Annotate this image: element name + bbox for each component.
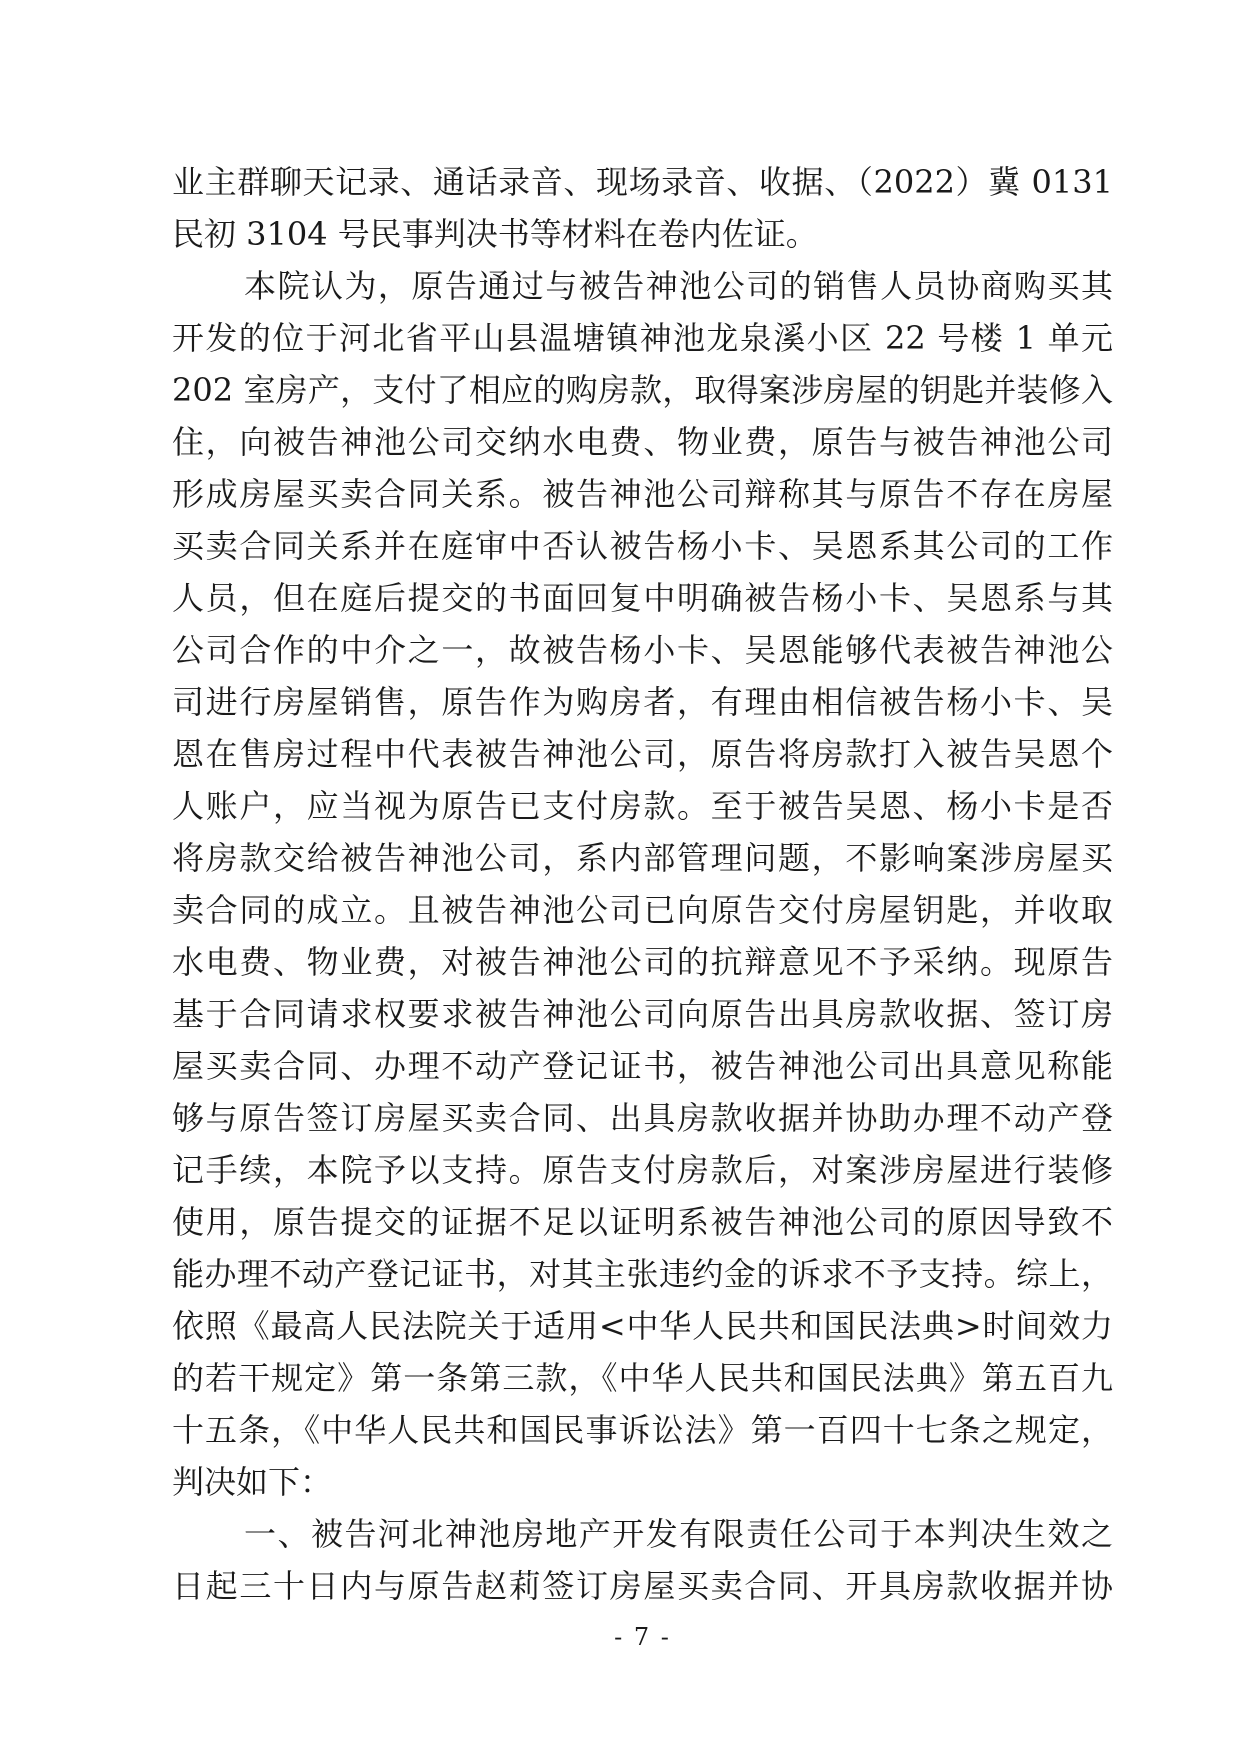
text-line: 十五条，《中华人民共和国民事诉讼法》第一百四十七条之规定，: [172, 1404, 1113, 1456]
text-line: 判决如下：: [172, 1456, 1113, 1508]
text-line: 202 室房产，支付了相应的购房款，取得案涉房屋的钥匙并装修入: [172, 364, 1113, 416]
text-line: 恩在售房过程中代表被告神池公司，原告将房款打入被告吴恩个: [172, 728, 1113, 780]
text-line: 住，向被告神池公司交纳水电费、物业费，原告与被告神池公司: [172, 416, 1113, 468]
text-line: 将房款交给被告神池公司，系内部管理问题，不影响案涉房屋买: [172, 832, 1113, 884]
text-line: 基于合同请求权要求被告神池公司向原告出具房款收据、签订房: [172, 988, 1113, 1040]
text-line: 买卖合同关系并在庭审中否认被告杨小卡、吴恩系其公司的工作: [172, 520, 1113, 572]
judgment-page: 业主群聊天记录、通话录音、现场录音、收据、（2022）冀 0131民初 3104…: [0, 0, 1240, 1753]
text-line: 司进行房屋销售，原告作为购房者，有理由相信被告杨小卡、吴: [172, 676, 1113, 728]
text-line: 记手续，本院予以支持。原告支付房款后，对案涉房屋进行装修: [172, 1144, 1113, 1196]
page-number: - 7 -: [172, 1622, 1113, 1652]
text-line: 公司合作的中介之一，故被告杨小卡、吴恩能够代表被告神池公: [172, 624, 1113, 676]
text-line: 水电费、物业费，对被告神池公司的抗辩意见不予采纳。现原告: [172, 936, 1113, 988]
text-line: 的若干规定》第一条第三款，《中华人民共和国民法典》第五百九: [172, 1352, 1113, 1404]
text-line: 人员，但在庭后提交的书面回复中明确被告杨小卡、吴恩系与其: [172, 572, 1113, 624]
text-line: 依照《最高人民法院关于适用<中华人民共和国民法典>时间效力: [172, 1300, 1113, 1352]
text-line: 民初 3104 号民事判决书等材料在卷内佐证。: [172, 208, 1113, 260]
text-line: 使用，原告提交的证据不足以证明系被告神池公司的原因导致不: [172, 1196, 1113, 1248]
text-line: 日起三十日内与原告赵莉签订房屋买卖合同、开具房款收据并协: [172, 1560, 1113, 1612]
text-line: 人账户，应当视为原告已支付房款。至于被告吴恩、杨小卡是否: [172, 780, 1113, 832]
text-line: 卖合同的成立。且被告神池公司已向原告交付房屋钥匙，并收取: [172, 884, 1113, 936]
text-line: 业主群聊天记录、通话录音、现场录音、收据、（2022）冀 0131: [172, 156, 1113, 208]
document-body: 业主群聊天记录、通话录音、现场录音、收据、（2022）冀 0131民初 3104…: [172, 156, 1113, 1612]
text-line: 一、被告河北神池房地产开发有限责任公司于本判决生效之: [172, 1508, 1113, 1560]
text-line: 形成房屋买卖合同关系。被告神池公司辩称其与原告不存在房屋: [172, 468, 1113, 520]
text-line: 能办理不动产登记证书，对其主张违约金的诉求不予支持。综上，: [172, 1248, 1113, 1300]
text-line: 屋买卖合同、办理不动产登记证书，被告神池公司出具意见称能: [172, 1040, 1113, 1092]
text-line: 开发的位于河北省平山县温塘镇神池龙泉溪小区 22 号楼 1 单元: [172, 312, 1113, 364]
text-line: 本院认为，原告通过与被告神池公司的销售人员协商购买其: [172, 260, 1113, 312]
text-line: 够与原告签订房屋买卖合同、出具房款收据并协助办理不动产登: [172, 1092, 1113, 1144]
